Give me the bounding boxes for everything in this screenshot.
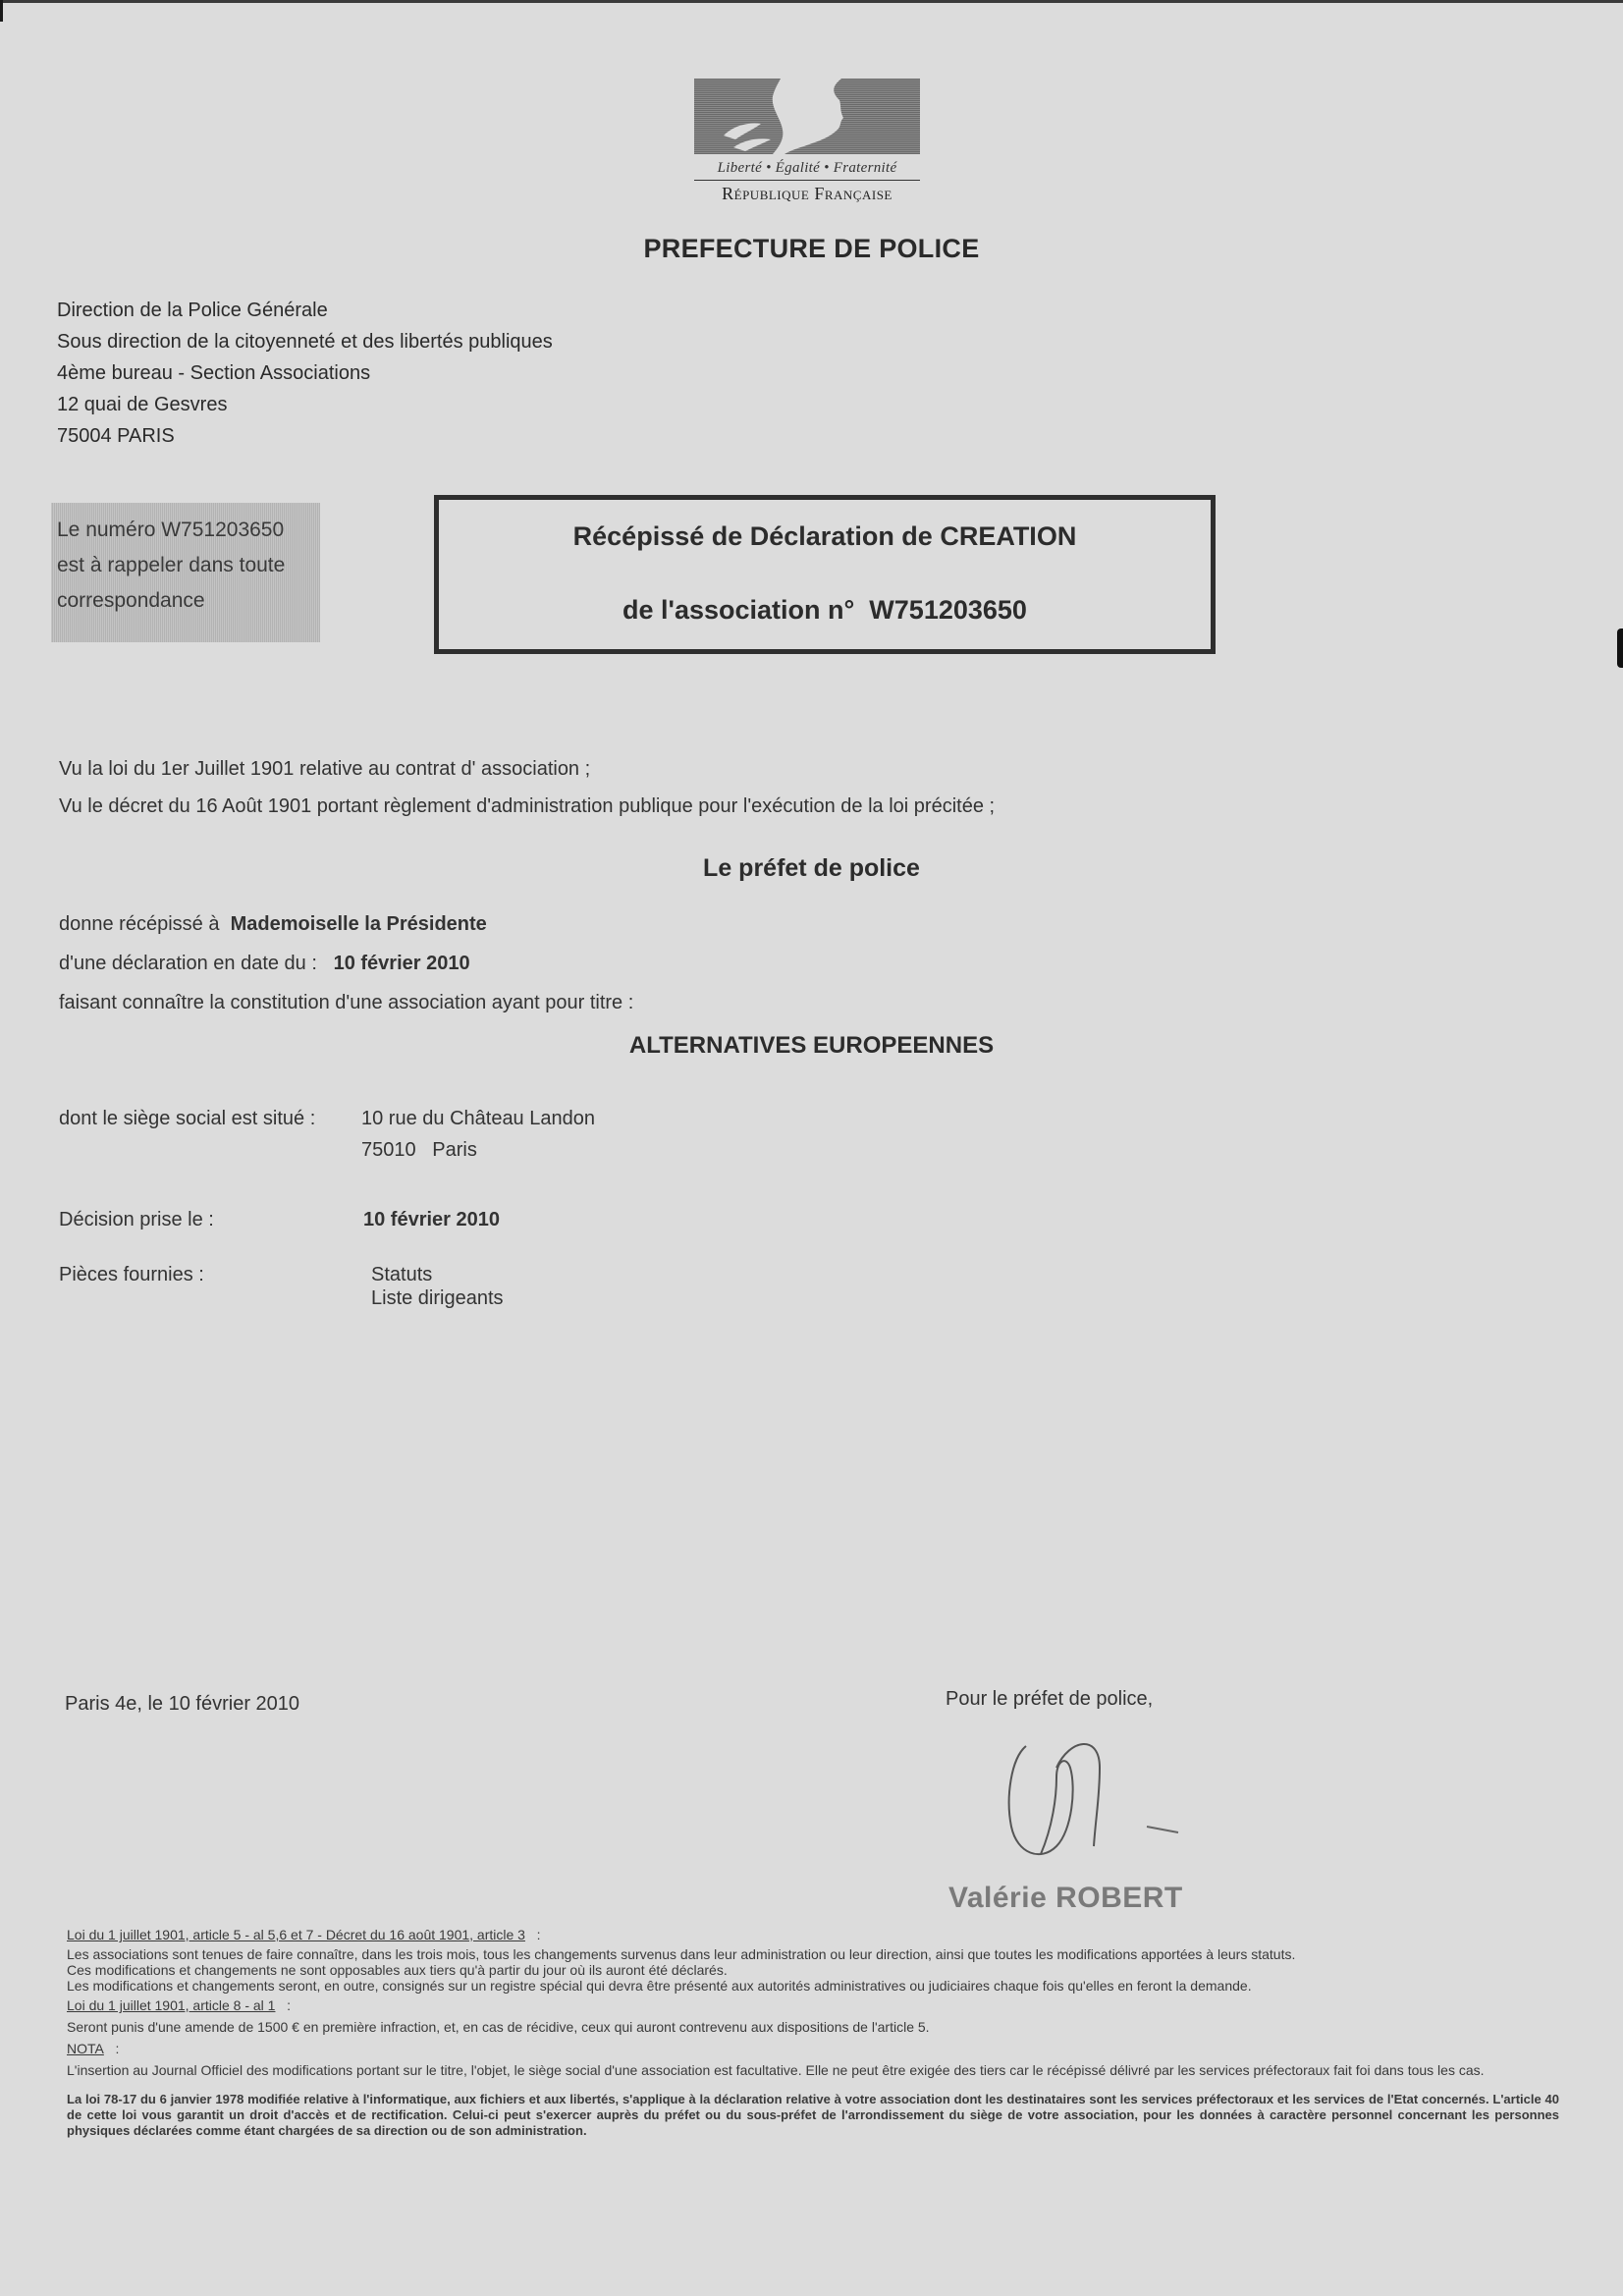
reference-reminder-box: Le numéro W751203650 est à rappeler dans… [51, 503, 320, 642]
law2-text: Seront punis d'une amende de 1500 € en p… [67, 2019, 1559, 2035]
law1-heading: Loi du 1 juillet 1901, article 5 - al 5,… [67, 1927, 525, 1942]
place-date: Paris 4e, le 10 février 2010 [65, 1693, 299, 1716]
scan-edge-left [0, 0, 3, 22]
given-to-row: donne récépissé à Mademoiselle la Présid… [59, 913, 487, 936]
declaration-date-label: d'une déclaration en date du : [59, 953, 317, 974]
scan-edge-mark [1617, 629, 1623, 668]
given-to-value: Mademoiselle la Présidente [231, 913, 487, 935]
signer-name: Valérie ROBERT [948, 1882, 1183, 1915]
reminder-line: correspondance [57, 583, 320, 619]
law1-line: Les modifications et changements seront,… [67, 1978, 1559, 1994]
given-to-label: donne récépissé à [59, 913, 219, 935]
for-prefect: Pour le préfet de police, [946, 1688, 1153, 1711]
nota-text: L'insertion au Journal Officiel des modi… [67, 2062, 1559, 2078]
nota-heading: NOTA [67, 2041, 104, 2056]
seat-line-1: 10 rue du Château Landon [361, 1108, 595, 1130]
decision-label: Décision prise le : [59, 1209, 214, 1231]
informatique-notice: La loi 78-17 du 6 janvier 1978 modifiée … [67, 2092, 1559, 2139]
marianne-logo-icon [694, 79, 920, 154]
document-item: Statuts [371, 1263, 504, 1286]
law2-heading: Loi du 1 juillet 1901, article 8 - al 1 [67, 1997, 275, 2013]
seat-line-2: 75010 Paris [361, 1139, 477, 1162]
decision-date: 10 février 2010 [363, 1209, 500, 1231]
scan-edge-top [0, 0, 1623, 3]
declaration-date-row: d'une déclaration en date du : 10 févrie… [59, 953, 470, 975]
law2-colon: : [287, 1997, 291, 2013]
declaration-date-value: 10 février 2010 [334, 953, 470, 974]
republique-francaise: République Française [694, 184, 920, 204]
address-line: Direction de la Police Générale [57, 295, 553, 326]
issuer-address: Direction de la Police Générale Sous dir… [57, 295, 553, 452]
page-title: PREFECTURE DE POLICE [0, 234, 1623, 264]
documents-list: Statuts Liste dirigeants [371, 1263, 504, 1310]
law1-colon: : [537, 1927, 541, 1942]
law1-line: Les associations sont tenues de faire co… [67, 1946, 1559, 1962]
address-line: 75004 PARIS [57, 420, 553, 452]
reminder-line: Le numéro W751203650 [57, 513, 320, 548]
documents-label: Pièces fournies : [59, 1264, 204, 1286]
address-line: 4ème bureau - Section Associations [57, 357, 553, 389]
signature-icon [1001, 1738, 1217, 1876]
document-item: Liste dirigeants [371, 1286, 504, 1310]
legal-basis-decree: Vu le décret du 16 Août 1901 portant règ… [59, 795, 995, 818]
receipt-title-box: Récépissé de Déclaration de CREATION de … [434, 495, 1216, 654]
reminder-line: est à rappeler dans toute [57, 548, 320, 583]
legal-basis-law: Vu la loi du 1er Juillet 1901 relative a… [59, 758, 590, 781]
address-line: Sous direction de la citoyenneté et des … [57, 326, 553, 357]
seat-label: dont le siège social est situé : [59, 1108, 315, 1130]
constitution-text: faisant connaître la constitution d'une … [59, 992, 633, 1014]
address-line: 12 quai de Gesvres [57, 389, 553, 420]
prefect-heading: Le préfet de police [0, 854, 1623, 883]
law1-line: Ces modifications et changements ne sont… [67, 1962, 1559, 1978]
association-number: de l'association n° W751203650 [439, 595, 1211, 626]
association-name: ALTERNATIVES EUROPEENNES [0, 1032, 1623, 1060]
legal-footer: Loi du 1 juillet 1901, article 5 - al 5,… [67, 1927, 1559, 2139]
receipt-title: Récépissé de Déclaration de CREATION [439, 521, 1211, 552]
motto: Liberté • Égalité • Fraternité [694, 160, 920, 181]
nota-colon: : [116, 2041, 120, 2056]
republique-francaise-logo: Liberté • Égalité • Fraternité Républiqu… [694, 79, 920, 204]
